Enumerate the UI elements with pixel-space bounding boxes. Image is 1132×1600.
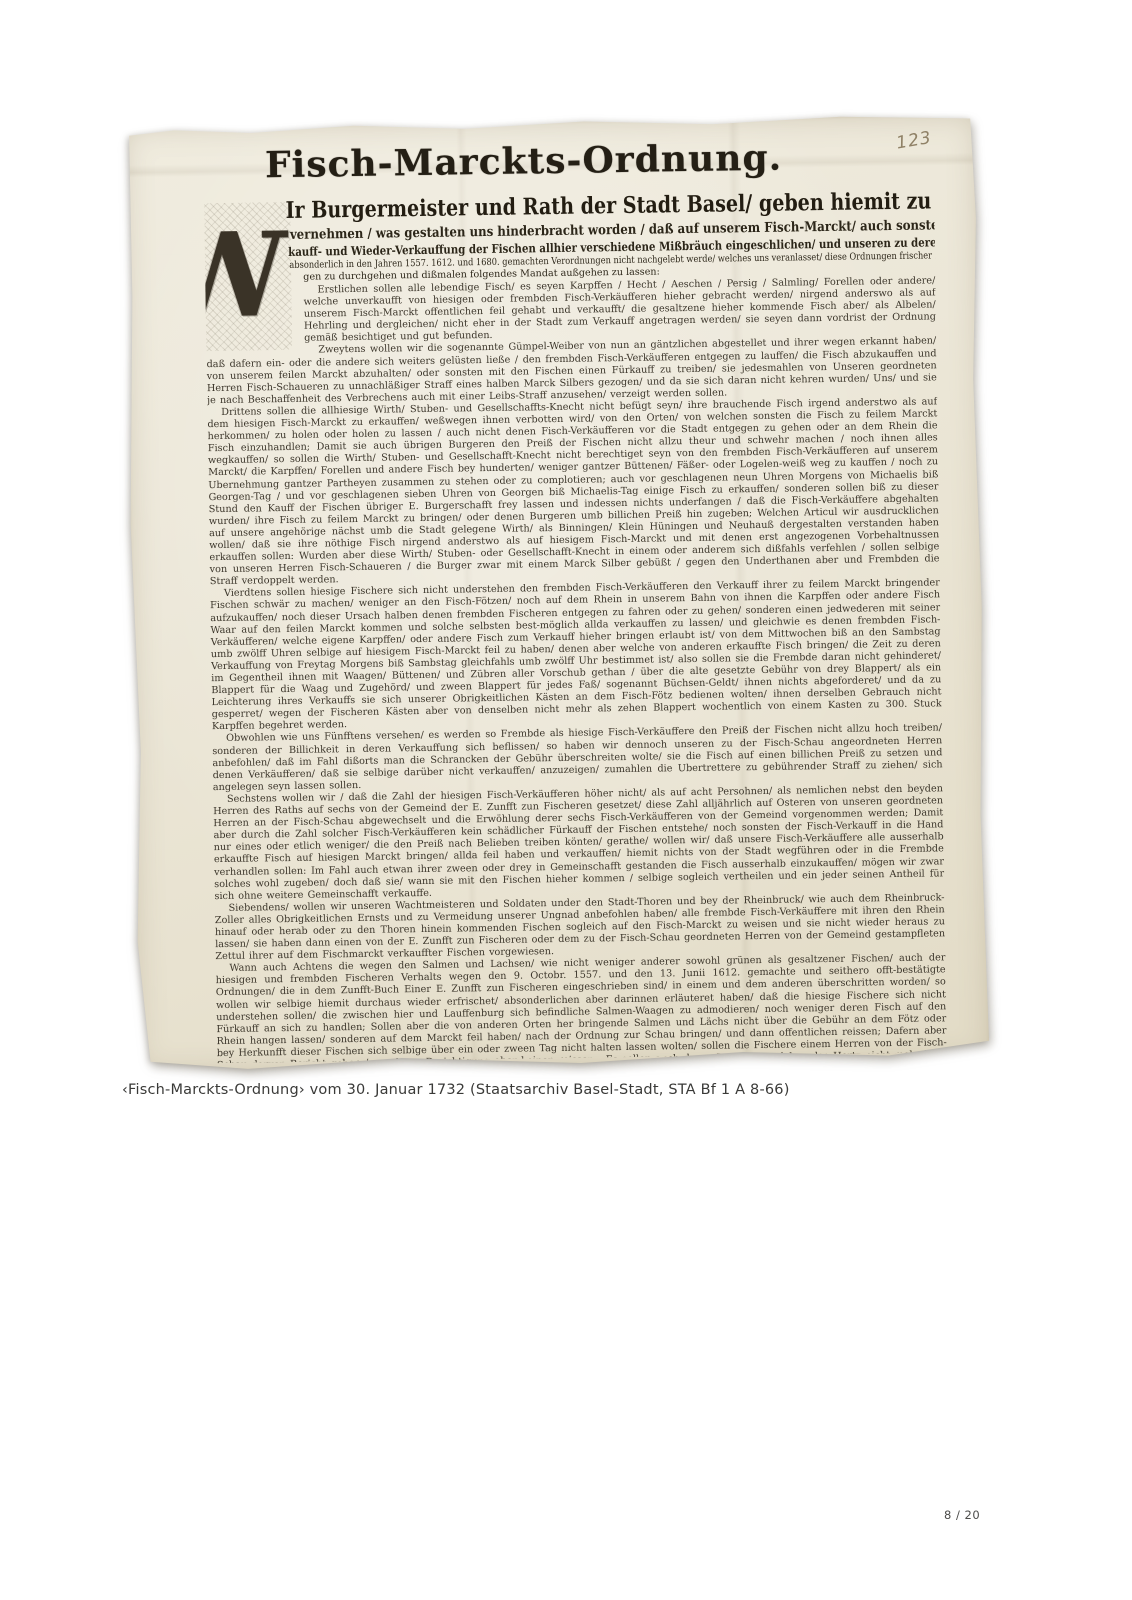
document-body: Zweytens wollen wir die sogenannte Gümpe… <box>206 336 947 1063</box>
document-paragraph: Wann auch Achtens die wegen den Salmen u… <box>215 953 946 1064</box>
document-paragraph: Obwohlen wie uns Fünfftens versehen/ es … <box>212 723 943 794</box>
document-paragraph: Zweytens wollen wir die sogenannte Gümpe… <box>206 336 937 407</box>
document-paragraph-first: Erstlichen sollen alle lebendige Fisch/ … <box>205 275 936 346</box>
document-opening: W Ir Burgermeister und Rath der Stadt Ba… <box>204 186 936 346</box>
document-paragraph: Sechstens wollen wir / daß die Zahl der … <box>213 783 945 903</box>
page-number: 8 / 20 <box>944 1508 980 1522</box>
document-title: Fisch-Marckts-Ordnung. <box>203 136 844 187</box>
document-paragraph: Drittens sollen die allhiesige Wirth/ St… <box>207 396 940 588</box>
image-caption: ‹Fisch-Marckts-Ordnung› vom 30. Januar 1… <box>122 1082 982 1098</box>
broadside-paper: 123 Fisch-Marckts-Ordnung. W Ir Burgerme… <box>123 114 991 1075</box>
scanned-document-image: 123 Fisch-Marckts-Ordnung. W Ir Burgerme… <box>130 120 984 1068</box>
document-paragraph: Siebendens/ wollen wir unseren Wachtmeis… <box>215 892 946 963</box>
document-content: Fisch-Marckts-Ordnung. W Ir Burgermeiste… <box>203 128 947 1063</box>
document-paragraph: Vierdtens sollen hiesige Fischere sich n… <box>210 578 942 734</box>
